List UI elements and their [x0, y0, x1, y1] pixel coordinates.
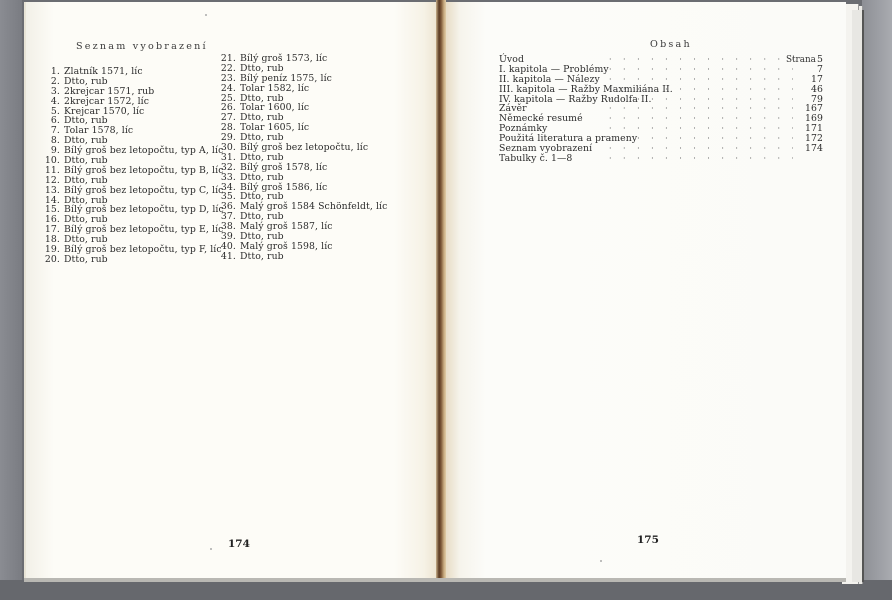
list-item: 9.Bílý groš bez letopočtu, typ A, líc [36, 146, 216, 156]
scan-background-right [862, 0, 892, 600]
list-item: 19.Bílý groš bez letopočtu, typ F, líc [36, 245, 216, 255]
page-number-right: 175 [637, 534, 659, 546]
leader-dots: ·············· [609, 95, 793, 105]
list-item: 1.Zlatník 1571, líc [36, 67, 216, 77]
list-item: 17.Bílý groš bez letopočtu, typ E, líc [36, 225, 216, 235]
list-of-illustrations-title: Seznam vyobrazení [76, 42, 208, 52]
scan-background-left [0, 0, 22, 600]
list-item: 13.Bílý groš bez letopočtu, typ C, líc [36, 186, 216, 196]
leader-dots: ·············· [609, 55, 793, 65]
list-item: 7.Tolar 1578, líc [36, 126, 216, 136]
page-number-left: 174 [228, 538, 250, 550]
leader-dots: ·············· [609, 65, 793, 75]
illustrations-list-column-2: 21.Bílý groš 1573, líc22.Dtto, rub23.Bíl… [212, 54, 432, 262]
toc-label: Tabulky č. 1—8 [499, 153, 572, 164]
toc-entry: IV. kapitola — Ražby Rudolfa II.········… [499, 95, 823, 105]
item-number: 41. [212, 252, 236, 262]
illustrations-list-column-1: 1.Zlatník 1571, líc2.Dtto, rub3.2krejcar… [36, 67, 216, 265]
table-of-contents: Úvod··············5I. kapitola — Problém… [499, 55, 823, 164]
book-spine [436, 0, 446, 582]
item-text: Dtto, rub [240, 251, 284, 262]
list-item: 15.Bílý groš bez letopočtu, typ D, líc [36, 205, 216, 215]
list-item: 5.Krejcar 1570, líc [36, 107, 216, 117]
list-item: 11.Bílý groš bez letopočtu, typ B, líc [36, 166, 216, 176]
item-number: 20. [36, 255, 60, 265]
leader-dots: ·············· [609, 144, 793, 154]
paper-speck [600, 560, 602, 562]
scan-background-bottom [0, 580, 892, 600]
leader-dots: ·············· [609, 114, 793, 124]
contents-title: Obsah [650, 40, 692, 50]
toc-page: 174 [805, 144, 823, 154]
leader-dots: ·············· [609, 104, 793, 114]
list-item: 41.Dtto, rub [212, 252, 432, 262]
leader-dots: ·············· [609, 134, 793, 144]
paper-speck [205, 14, 207, 16]
item-text: Dtto, rub [64, 254, 108, 265]
paper-speck [210, 548, 212, 550]
list-item: 20.Dtto, rub [36, 255, 216, 265]
toc-entry: Tabulky č. 1—8·············· [499, 154, 823, 164]
leader-dots: ·············· [609, 154, 793, 164]
toc-entry: Německé resumé··············169 [499, 114, 823, 124]
page-bottom-shadow [24, 578, 846, 582]
page-stack-edge [852, 10, 864, 582]
